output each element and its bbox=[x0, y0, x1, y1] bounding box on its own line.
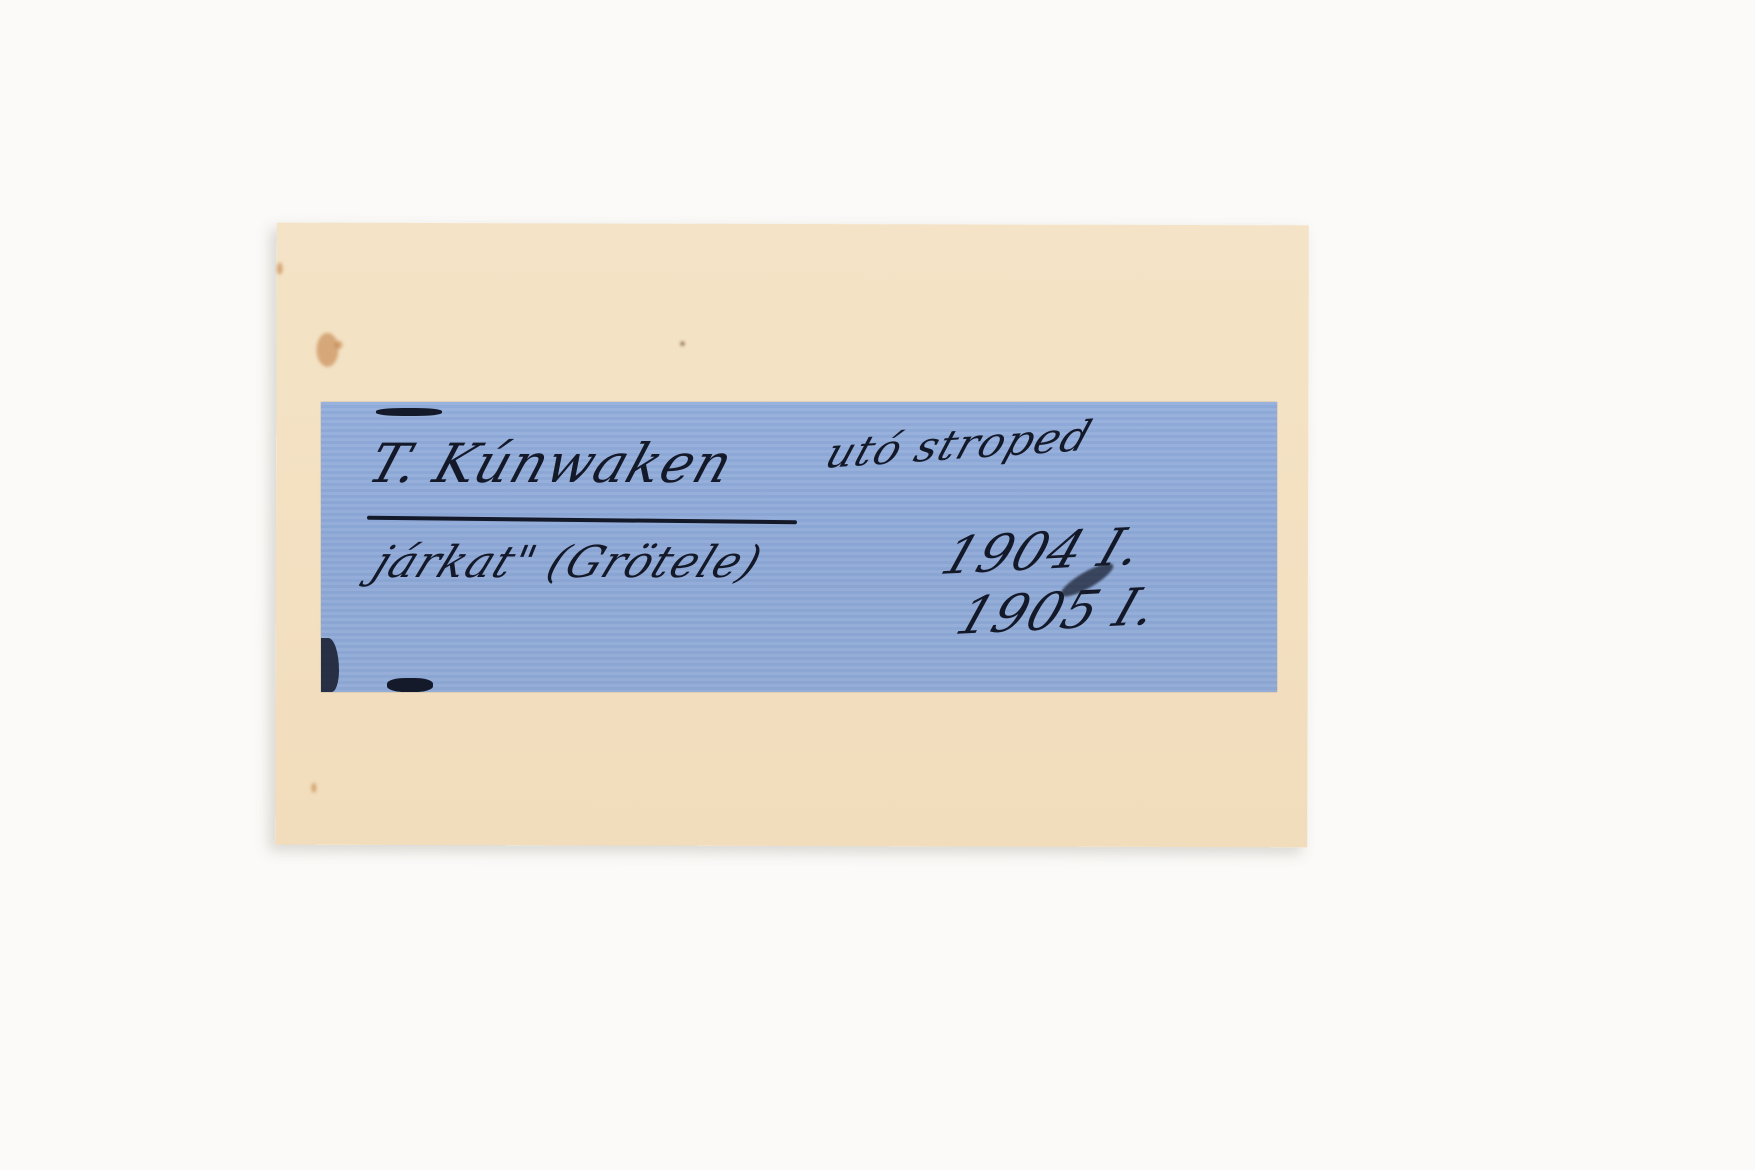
handwritten-text: utó stroped bbox=[820, 411, 1099, 478]
handwritten-date: 1904 I. bbox=[934, 517, 1152, 587]
foxing-stain bbox=[316, 333, 338, 367]
blue-paper-slip: T. Kúnwaken utó stroped járkat" (Grötele… bbox=[321, 402, 1277, 692]
ink-blot bbox=[376, 408, 442, 416]
foxing-stain bbox=[334, 341, 342, 349]
ink-blot bbox=[387, 678, 433, 692]
foxing-stain bbox=[680, 342, 684, 346]
ink-blot bbox=[321, 638, 339, 692]
handwritten-date: 1905 I. bbox=[949, 577, 1167, 647]
foxing-stain bbox=[277, 263, 283, 275]
handwritten-text: járkat" (Grötele) bbox=[366, 537, 770, 588]
handwritten-name: T. Kúnwaken bbox=[361, 432, 741, 495]
foxing-stain bbox=[311, 783, 316, 793]
ink-underline bbox=[367, 516, 797, 525]
